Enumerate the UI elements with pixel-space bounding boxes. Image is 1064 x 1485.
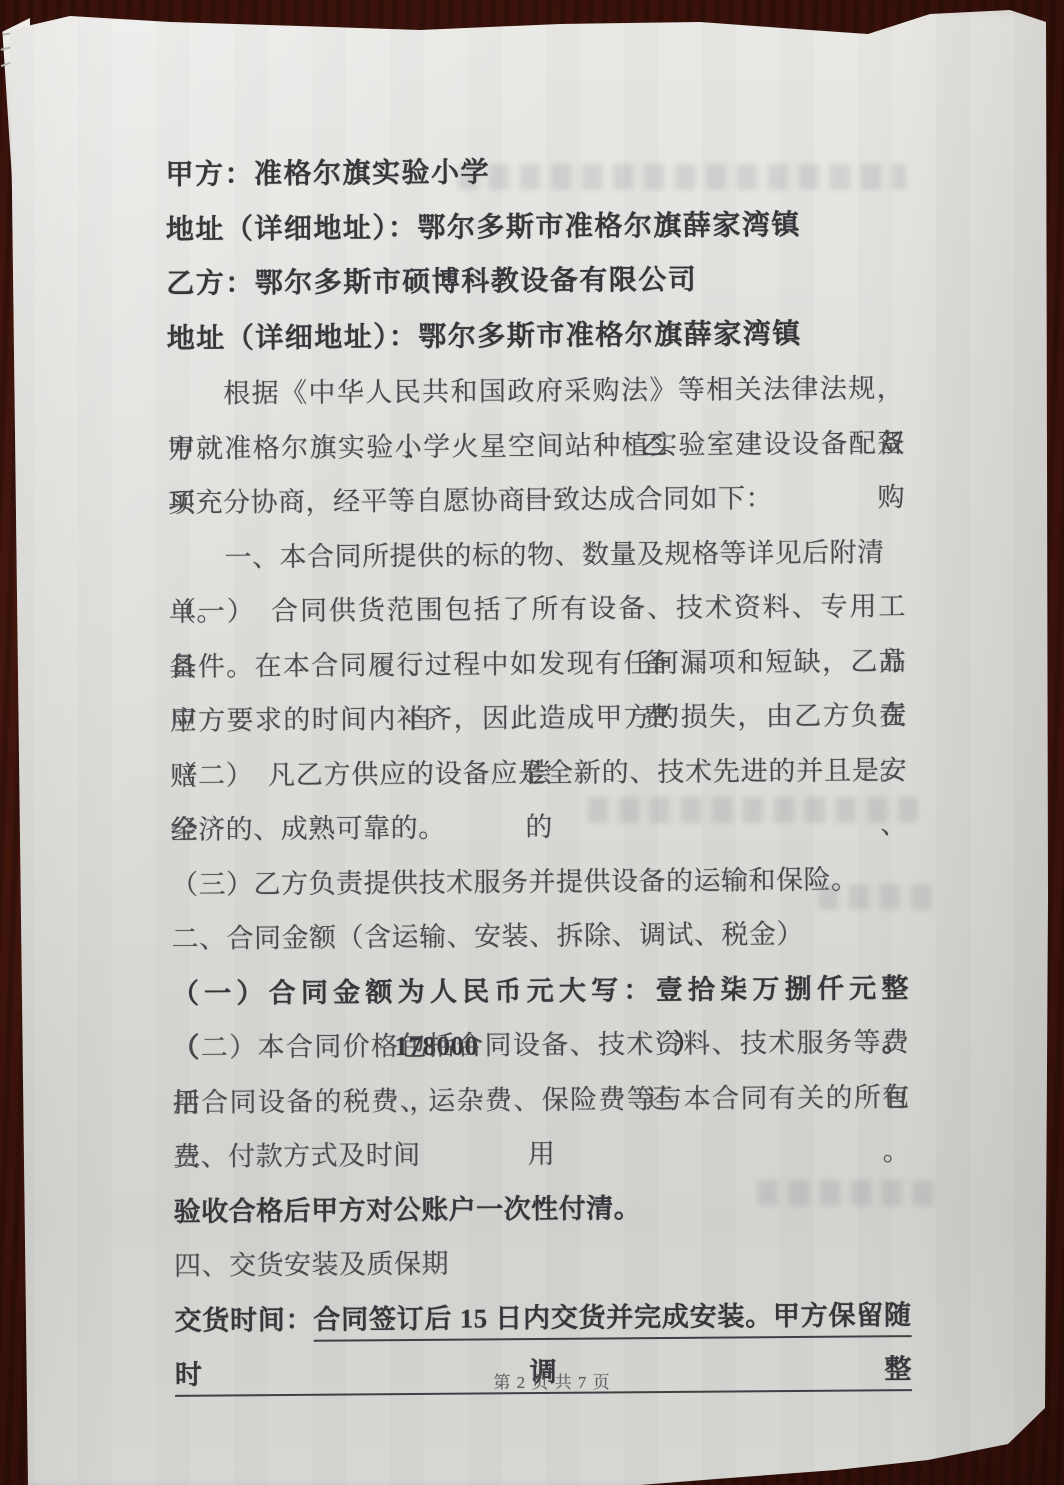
contract-text: 甲方：准格尔旗实验小学 地址（详细地址）：鄂尔多斯市准格尔旗薛家湾镇 乙方：鄂尔… xyxy=(165,143,911,1348)
preamble-line: 根据《中华人民共和国政府采购法》等相关法律法规，甲、乙双 xyxy=(167,361,904,421)
clause-2-2-line: 括合同设备的税费、运杂费、保险费等与本合同有关的所有费用。 xyxy=(173,1070,910,1130)
clause-1-2-line: （二） 凡乙方供应的设备应是全新的、技术先进的并且是安全的、 xyxy=(170,743,907,803)
delivery-time-line: 交货时间：合同签订后 15 日内交货并完成安装。甲方保留随时调整 xyxy=(174,1288,911,1348)
page-footer: 第 2 页 共 7 页 xyxy=(452,1368,652,1393)
party-b-address: 地址（详细地址）：鄂尔多斯市准格尔旗薛家湾镇 xyxy=(167,307,904,367)
photo-background: 甲方：准格尔旗实验小学 地址（详细地址）：鄂尔多斯市准格尔旗薛家湾镇 乙方：鄂尔… xyxy=(0,0,1064,1485)
delivery-time-label: 交货时间： xyxy=(174,1304,313,1335)
clause-1-heading: 一、本合同所提供的标的物、数量及规格等详见后附清单。 xyxy=(168,525,905,585)
party-a-line: 甲方：准格尔旗实验小学 xyxy=(165,143,902,203)
clause-4-heading: 四、交货安装及质保期 xyxy=(174,1233,911,1293)
preamble-line: 方就准格尔旗实验小学火星空间站种植实验室建设设备配备项目购 xyxy=(167,416,904,476)
clause-1-3-line: （三）乙方负责提供技术服务并提供设备的运输和保险。 xyxy=(171,852,908,912)
party-a-address: 地址（详细地址）：鄂尔多斯市准格尔旗薛家湾镇 xyxy=(166,198,903,258)
clause-1-1-line: 甲方要求的时间内补齐，因此造成甲方的损失，由乙方负责赔偿。 xyxy=(170,688,907,748)
clause-2-2-line: （二）本合同价格包括合同设备、技术资料、技术服务等费用，还包 xyxy=(172,1015,909,1075)
clause-2-heading: 二、合同金额（含运输、安装、拆除、调试、税金） xyxy=(171,906,908,966)
clause-1-1-line: （一） 合同供货范围包括了所有设备、技术资料、专用工具、备品 xyxy=(169,579,906,639)
payment-terms-line: 验收合格后甲方对公账户一次性付清。 xyxy=(173,1179,910,1239)
contract-amount-line: （一）合同金额为人民币元大写：壹拾柒万捌仟元整（178000）。 xyxy=(172,961,909,1021)
contract-page: 甲方：准格尔旗实验小学 地址（详细地址）：鄂尔多斯市准格尔旗薛家湾镇 乙方：鄂尔… xyxy=(0,0,1064,1485)
party-b-line: 乙方：鄂尔多斯市硕博科教设备有限公司 xyxy=(166,252,903,312)
clause-1-1-line: 备件。在本合同履行过程中如发现有任何漏项和短缺，乙方应自费在 xyxy=(169,634,906,694)
